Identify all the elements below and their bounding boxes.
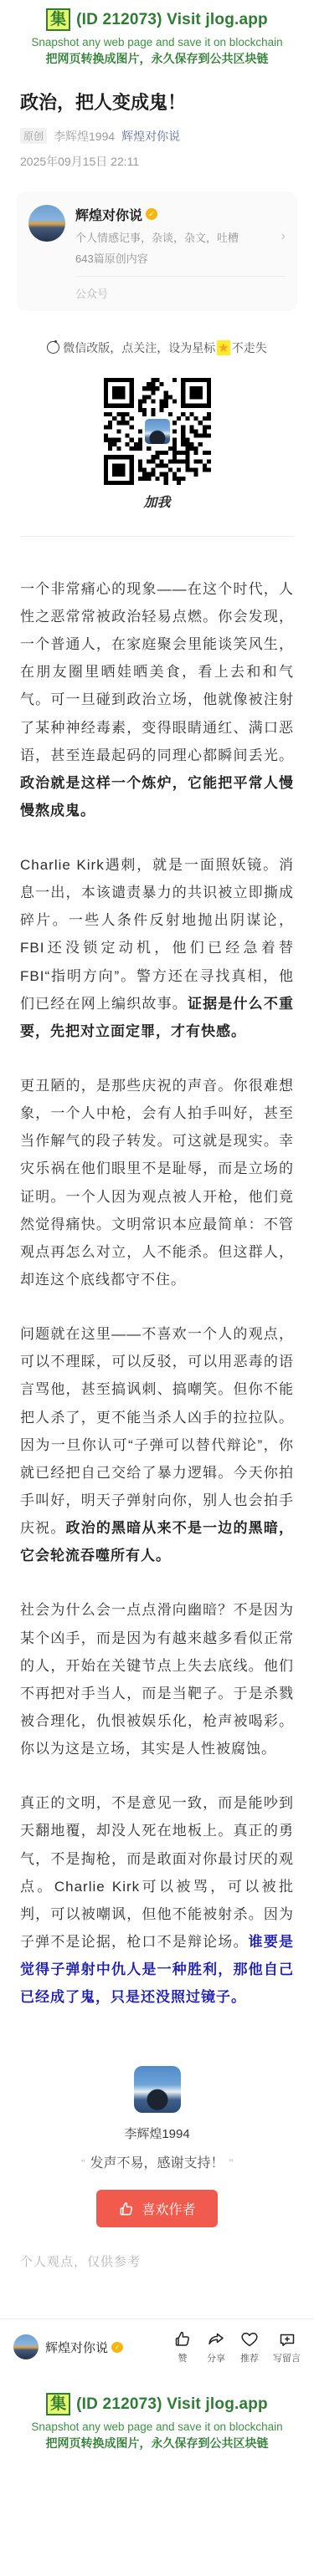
article-meta: 原创 李辉煌1994 辉煌对你说 [20,128,294,145]
reward-section: 李辉煌1994 “发声不易，感谢支持！” 喜欢作者 [0,2066,314,2227]
qr-center-avatar [143,417,172,446]
follow-tip-text-before: 微信改版，点关注，设为星标 [63,339,215,356]
account-type-label: 公众号 [28,277,286,303]
bottom-account-name[interactable]: 辉煌对你说 [45,2339,108,2356]
account-name[interactable]: 辉煌对你说 [75,205,142,224]
star-icon: ★ [217,340,229,355]
quote-close-mark: ” [229,2156,234,2170]
circle-icon [47,341,59,354]
like-action[interactable]: 赞 [172,2329,193,2364]
account-description: 个人情感记事，杂谈，杂文，吐槽 [75,229,281,245]
recommend-action[interactable]: 推荐 [239,2329,260,2364]
jlog-logo: 集 [46,2393,70,2415]
jlog-logo: 集 [46,8,70,31]
original-badge: 原创 [20,128,47,144]
share-action[interactable]: 分享 [206,2329,226,2364]
article-paragraph: 更丑陋的，是那些庆祝的声音。你很难想象，一个人中枪，会有人拍手叫好，甚至当作解气… [20,1072,294,1293]
like-action-label: 赞 [178,2351,188,2364]
author-name: 李辉煌1994 [54,128,115,145]
bottom-account-avatar[interactable] [13,2334,39,2359]
banner-id-line[interactable]: (ID 212073) Visit jlog.app [76,2395,268,2414]
qr-code-image [104,378,211,485]
disclaimer-text: 个人观点，仅供参考 [0,2252,314,2270]
article-paragraph: 问题就在这里——不喜欢一个人的观点，可以不理睬，可以反驳，可以用恶毒的语言骂他，… [20,1320,294,1569]
comment-action-label: 写留言 [273,2351,301,2364]
article-paragraph: 社会为什么会一点点滑向幽暗？不是因为某个凶手，而是因为有越来越多看似正常的人，开… [20,1596,294,1762]
verified-badge-icon: ✓ [146,208,157,220]
article-paragraph: 一个非常痛心的现象——在这个时代，人性之恶常常被政治轻易点燃。你会发现，一个普通… [20,575,294,824]
share-arrow-icon [206,2329,226,2349]
publish-date: 2025年09月15日 22:11 [20,153,294,170]
thumb-up-icon [118,2201,135,2217]
article-paragraph: Charlie Kirk遇刺，就是一面照妖镜。消息一出，本该谴责暴力的共识被立即… [20,851,294,1045]
banner-line-en: Snapshot any web page and save it on blo… [5,36,309,48]
banner-line-zh: 把网页转换成图片，永久保存到公共区块链 [5,2435,309,2451]
account-works-count: 643篇原创内容 [75,250,286,266]
share-action-label: 分享 [207,2351,225,2364]
like-button-label: 喜欢作者 [142,2199,195,2218]
verified-badge-icon: ✓ [111,2342,123,2353]
thumb-up-icon [172,2329,193,2349]
quote-open-mark: “ [81,2156,85,2170]
article-paragraph: 真正的文明，不是意见一致，而是能吵到天翻地覆，却没人死在地板上。真正的勇气，不是… [20,1789,294,2011]
qr-caption: 加我 [0,492,314,511]
reward-author-name: 李辉煌1994 [0,2125,314,2142]
banner-line-en: Snapshot any web page and save it on blo… [5,2420,309,2433]
follow-tip: 微信改版，点关注，设为星标 ★ 不走失 [0,339,314,356]
bottom-account-bar: 辉煌对你说 ✓ 赞 分享 推荐 写留言 [0,2318,314,2373]
reward-quote: “发声不易，感谢支持！” [0,2152,314,2171]
account-avatar[interactable] [28,205,65,242]
account-card[interactable]: 辉煌对你说 ✓ 个人情感记事，杂谈，杂文，吐槽 › 643篇原创内容 公众号 [17,191,297,311]
account-link[interactable]: 辉煌对你说 [121,128,180,145]
chevron-right-icon[interactable]: › [281,230,286,243]
comment-plus-icon [277,2329,297,2349]
article-body: 一个非常痛心的现象——在这个时代，人性之恶常常被政治轻易点燃。你会发现，一个普通… [0,537,314,2012]
snapshot-banner-top: 集 (ID 212073) Visit jlog.app Snapshot an… [0,0,314,77]
page-title: 政治，把人变成鬼！ [20,90,294,116]
recommend-action-label: 推荐 [240,2351,259,2364]
snapshot-banner-bottom: 集 (ID 212073) Visit jlog.app Snapshot an… [0,2385,314,2463]
follow-tip-text-after: 不走失 [232,339,267,356]
reward-author-avatar [134,2066,181,2113]
comment-action[interactable]: 写留言 [273,2329,301,2364]
banner-id-line[interactable]: (ID 212073) Visit jlog.app [76,11,268,29]
like-author-button[interactable]: 喜欢作者 [96,2190,217,2227]
heart-icon [239,2329,260,2349]
reward-quote-text: 发声不易，感谢支持！ [90,2156,224,2170]
banner-line-zh: 把网页转换成图片，永久保存到公共区块链 [5,50,309,67]
